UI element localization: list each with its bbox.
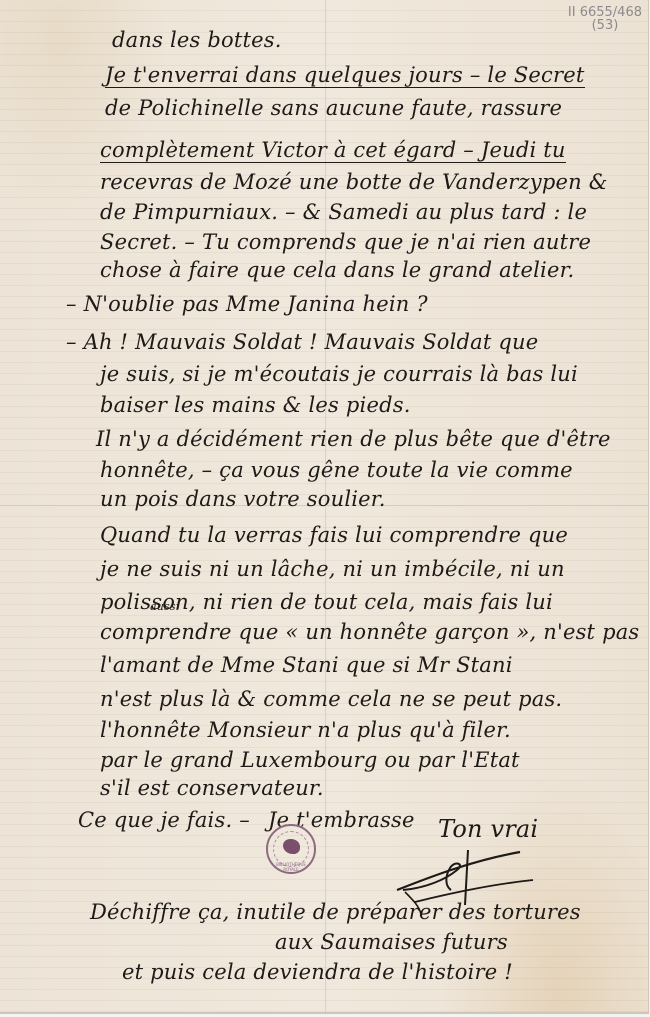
body-line: Il n'y a décidément rien de plus bête qu…: [96, 427, 611, 451]
library-stamp: BIBLIOTHÈQUE ROYALE: [266, 824, 316, 874]
body-line: dans les bottes.: [112, 28, 282, 52]
body-line: honnête, – ça vous gêne toute la vie com…: [100, 458, 573, 482]
body-line: Je t'enverrai dans quelques jours – le S…: [105, 63, 585, 88]
body-line: chose à faire que cela dans le grand ate…: [100, 258, 574, 282]
body-line: de Polichinelle sans aucune faute, rassu…: [105, 96, 562, 120]
body-line: complètement Victor à cet égard – Jeudi …: [100, 138, 566, 163]
closing-name: Ton vrai: [438, 815, 538, 843]
body-line: baiser les mains & les pieds.: [100, 393, 411, 417]
body-line: n'est plus là & comme cela ne se peut pa…: [100, 687, 562, 711]
body-line: s'il est conservateur.: [100, 776, 324, 800]
stamp-emblem-icon: [283, 839, 300, 854]
body-line: comprendre que « un honnête garçon », n'…: [100, 620, 639, 644]
stamp-text: BIBLIOTHÈQUE ROYALE: [268, 862, 314, 872]
postscript-line: Déchiffre ça, inutile de préparer des to…: [90, 900, 581, 924]
body-line: Quand tu la verras fais lui comprendre q…: [100, 523, 568, 547]
archive-reference: II 6655/468 (53): [568, 6, 642, 32]
body-line: un pois dans votre soulier.: [100, 487, 386, 511]
letter-page: II 6655/468 (53) dans les bottes. Je t'e…: [0, 0, 649, 1014]
postscript-line: aux Saumaises futurs: [275, 930, 508, 954]
body-line: je ne suis ni un lâche, ni un imbécile, …: [100, 557, 565, 581]
body-line: – Ah ! Mauvais Soldat ! Mauvais Soldat q…: [66, 330, 538, 354]
body-line: je suis, si je m'écoutais je courrais là…: [100, 362, 578, 386]
body-line: par le grand Luxembourg ou par l'Etat: [100, 748, 520, 772]
closing-left: Ce que je fais. –: [78, 808, 250, 832]
body-line: Secret. – Tu comprends que je n'ai rien …: [100, 230, 591, 254]
superscript-insert: aussi: [150, 600, 179, 613]
folio-number: (53): [568, 19, 642, 32]
body-line: recevras de Mozé une botte de Vanderzype…: [100, 170, 608, 194]
body-line: de Pimpurniaux. – & Samedi au plus tard …: [100, 200, 587, 224]
body-line: – N'oublie pas Mme Janina hein ?: [66, 292, 428, 316]
postscript-line: et puis cela deviendra de l'histoire !: [122, 960, 513, 984]
body-line: l'honnête Monsieur n'a plus qu'à filer.: [100, 718, 511, 742]
body-line: l'amant de Mme Stani que si Mr Stani: [100, 653, 513, 677]
